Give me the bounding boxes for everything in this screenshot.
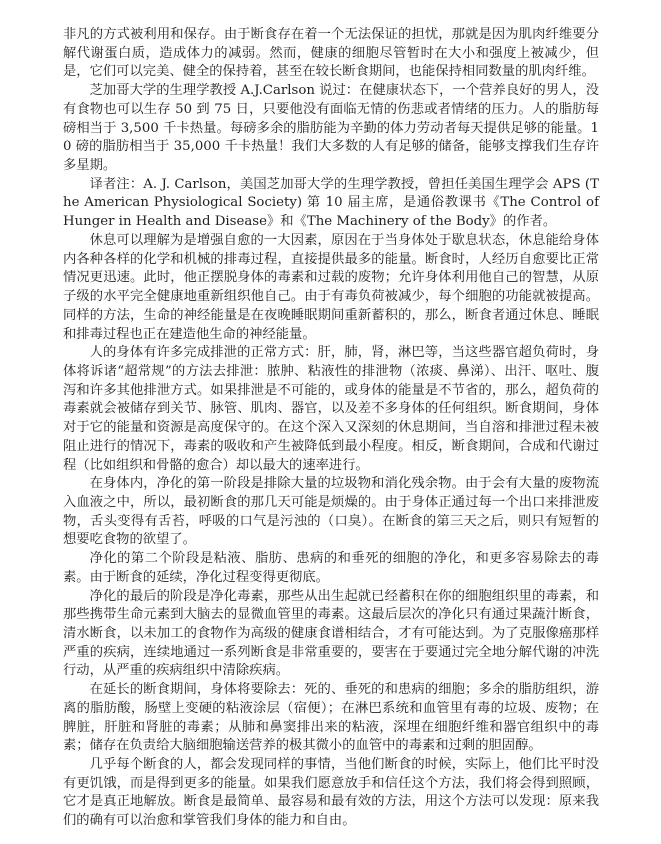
- document-page: 非凡的方式被利用和保存。由于断食存在着一个无法保证的担忧，那就是因为肌肉纤维要分…: [0, 0, 661, 844]
- paragraph: 人的身体有许多完成排泄的正常方式：肝，肺，肾，淋巴等，当这些器官超负荷时，身体将…: [63, 344, 599, 475]
- paragraph: 在延长的断食期间，身体将要除去：死的、垂死的和患病的细胞；多余的脂肪组织，游离的…: [63, 681, 599, 756]
- paragraph-translator-note: 译者注：A. J. Carlson，美国芝加哥大学的生理学教授，曾担任美国生理学…: [63, 176, 599, 232]
- document-body: 非凡的方式被利用和保存。由于断食存在着一个无法保证的担忧，那就是因为肌肉纤维要分…: [63, 26, 599, 831]
- paragraph: 非凡的方式被利用和保存。由于断食存在着一个无法保证的担忧，那就是因为肌肉纤维要分…: [63, 26, 599, 82]
- paragraph: 净化的最后的阶段是净化毒素，那些从出生起就已经蓄积在你的细胞组织里的毒素，和那些…: [63, 588, 599, 682]
- paragraph: 净化的第二个阶段是粘液、脂肪、患病的和垂死的细胞的净化，和更多容易除去的毒素。由…: [63, 550, 599, 587]
- paragraph: 休息可以理解为是增强自愈的一大因素，原因在于当身体处于歇息状态，休息能给身体内各…: [63, 232, 599, 344]
- paragraph: 几乎每个断食的人，都会发现同样的事情，当他们断食的时候，实际上，他们比平时没有更…: [63, 756, 599, 831]
- paragraph: 芝加哥大学的生理学教授 A.J.Carlson 说过：在健康状态下，一个营养良好…: [63, 82, 599, 176]
- paragraph: 在身体内，净化的第一阶段是排除大量的垃圾物和消化残余物。由于会有大量的废物流入血…: [63, 475, 599, 550]
